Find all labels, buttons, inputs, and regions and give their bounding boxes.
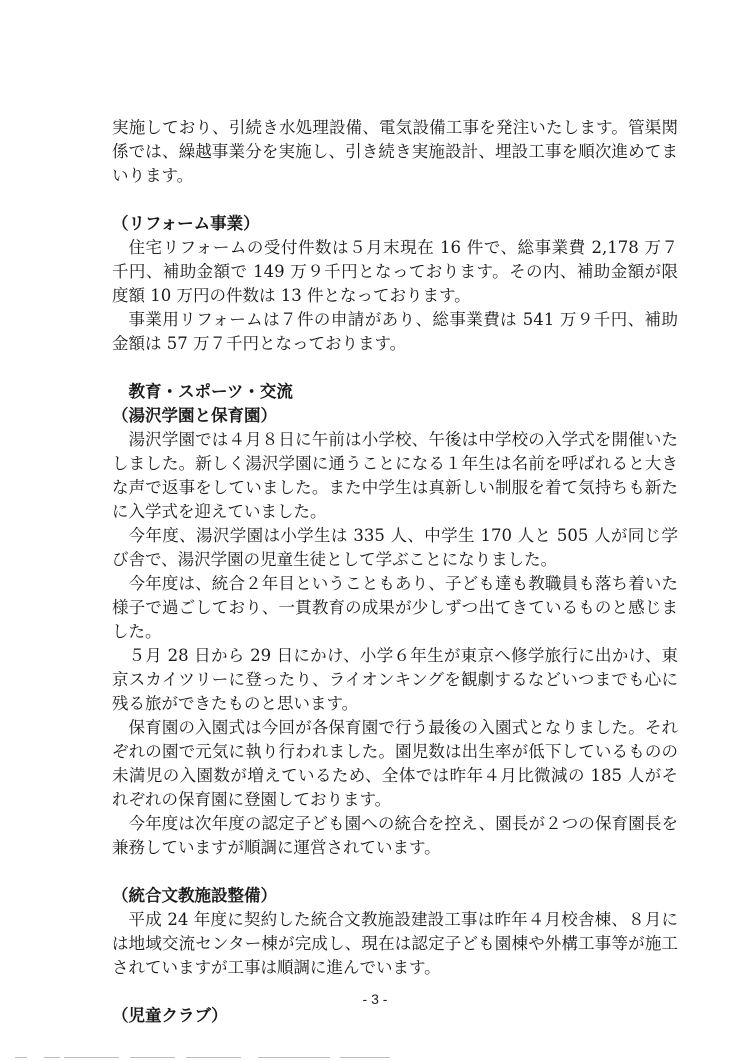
facility-heading: （統合文教施設整備） <box>112 884 678 908</box>
facility-paragraph: 平成 24 年度に契約した統合文教施設建設工事は昨年４月校舎棟、８月には地域交流… <box>112 908 678 980</box>
document-page: 実施しており、引続き水処理設備、電気設備工事を発注いたします。管渠関係では、繰越… <box>112 116 678 1028</box>
education-section-title: 教育・スポーツ・交流 <box>112 380 678 404</box>
gakuen-paragraph: 今年度は、統合２年目ということもあり、子ども達も教職員も落ち着いた様子で過ごして… <box>112 572 678 644</box>
continuation-paragraph: 実施しており、引続き水処理設備、電気設備工事を発注いたします。管渠関係では、繰越… <box>112 116 678 188</box>
reform-paragraph-housing: 住宅リフォームの受付件数は５月末現在 16 件で、総事業費 2,178 万７千円… <box>112 236 678 308</box>
gakuen-paragraph: 湯沢学園では４月８日に午前は小学校、午後は中学校の入学式を開催いたしました。新し… <box>112 428 678 524</box>
scan-artifact-lines <box>0 1057 750 1059</box>
page-number: - 3 - <box>0 991 750 1007</box>
gakuen-paragraph: ５月 28 日から 29 日にかけ、小学６年生が東京へ修学旅行に出かけ、東京スカ… <box>112 644 678 716</box>
reform-heading: （リフォーム事業） <box>112 212 678 236</box>
reform-paragraph-business: 事業用リフォームは７件の申請があり、総事業費は 541 万９千円、補助金額は 5… <box>112 308 678 356</box>
gakuen-paragraph: 保育園の入園式は今回が各保育園で行う最後の入園式となりました。それぞれの園で元気… <box>112 716 678 812</box>
club-heading: （児童クラブ） <box>112 1004 678 1028</box>
gakuen-heading: （湯沢学園と保育園） <box>112 404 678 428</box>
gakuen-paragraph: 今年度は次年度の認定子ども園への統合を控え、園長が２つの保育園長を兼務しています… <box>112 812 678 860</box>
gakuen-paragraph: 今年度、湯沢学園は小学生は 335 人、中学生 170 人と 505 人が同じ学… <box>112 524 678 572</box>
